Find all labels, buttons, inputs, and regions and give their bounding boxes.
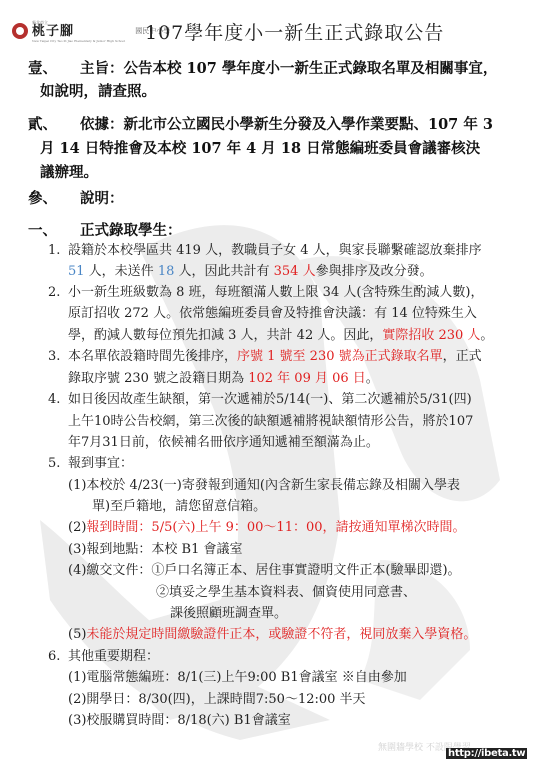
- disqualification-text: 未能於規定時間繳驗證件正本，或驗證不符者，視同放棄入學資格。: [86, 627, 476, 642]
- item-text: 設籍於本校學區共 419 人，教職員子女 4 人，與家長聯繫確認放棄排序: [68, 243, 482, 258]
- item-text: 報到事宜：: [68, 456, 133, 471]
- schedule-first-day: (2)開學日：8/30(四)，上課時間7:50～12:00 半天: [68, 689, 366, 711]
- schedule-uniform-purchase: (3)校服購買時間：8/18(六) B1會議室: [68, 710, 291, 732]
- participant-count: 354 人: [274, 264, 316, 279]
- list-item-1-cont: 51 人，未送件 18 人，因此共計有 354 人參與排序及改分發。: [68, 261, 433, 283]
- section-text: 正式錄取學生：: [80, 222, 182, 239]
- section-number: 貳、: [28, 116, 80, 134]
- unsubmitted-count: 18: [158, 264, 175, 279]
- required-documents-cont: 課後照顧班調查單。: [170, 603, 287, 625]
- required-documents: (4)繳交文件：①戶口名簿正本、居住事實證明文件正本(驗畢即還)。: [68, 560, 461, 582]
- section-purpose: 壹、主旨：公告本校 107 學年度小一新生正式錄取名單及相關事宜，: [28, 60, 497, 78]
- item-text: 小一新生班級數為 8 班，每班額滿人數上限 34 人(含特殊生酌減人數)，: [68, 285, 484, 300]
- disqualification-notice: (5)未能於規定時間繳驗證件正本，或驗證不符者，視同放棄入學資格。: [68, 624, 476, 646]
- list-item-4-cont: 上午10時公告校網，第三次後的缺額遞補將視缺額情形公告，將於107: [68, 411, 473, 433]
- item-text: 參與排序及改分發。: [316, 264, 433, 279]
- section-text: 主旨：公告本校 107 學年度小一新生正式錄取名單及相關事宜，: [80, 60, 497, 77]
- list-item-4: 4.如日後因故產生缺額，第一次遞補於5/14(一)、第二次遞補於5/31(四): [48, 389, 472, 411]
- section-basis-cont: 議辦理。: [40, 164, 98, 182]
- item-text: 學，酌減人數每位預先扣減 3 人，共計 42 人。因此，: [68, 328, 382, 343]
- item-number: 5.: [48, 453, 68, 475]
- item-text: (5): [68, 627, 86, 642]
- schedule-class-assignment: (1)電腦常態編班：8/1(三)上午9:00 B1會議室 ※自由參加: [68, 667, 407, 689]
- list-item-3-cont: 錄取序號 230 號之設籍日期為 102 年 09 月 06 日。: [68, 368, 379, 390]
- item-text: 其他重要期程：: [68, 649, 159, 664]
- registration-time-text: 報到時間：5/5(六)上午 9：00～11：00，請按通知單梯次時間。: [86, 520, 465, 535]
- list-item-2-cont: 原訂招收 272 人。依常態編班委員會及特推會決議：有 14 位特殊生入: [68, 303, 477, 325]
- actual-enrollment: 實際招收 230 人: [382, 328, 480, 343]
- registration-time: (2)報到時間：5/5(六)上午 9：00～11：00，請按通知單梯次時間。: [68, 517, 466, 539]
- item-text: 人，因此共計有: [174, 264, 273, 279]
- cutoff-date: 102 年 09 月 06 日: [248, 371, 366, 386]
- item-text: 。: [366, 371, 379, 386]
- section-purpose-cont: 如說明，請查照。: [40, 83, 156, 101]
- registration-location: (3)報到地點：本校 B1 會議室: [68, 539, 243, 561]
- section-explanation: 參、說明：: [28, 190, 124, 208]
- list-item-4-cont: 年7月31日前，依候補名冊依序通知遞補至額滿為止。: [68, 432, 379, 454]
- list-item-1: 1.設籍於本校學區共 419 人，教職員子女 4 人，與家長聯繫確認放棄排序: [48, 240, 482, 262]
- list-item-2: 2.小一新生班級數為 8 班，每班額滿人數上限 34 人(含特殊生酌減人數)，: [48, 282, 484, 304]
- list-item-5: 5.報到事宜：: [48, 453, 133, 475]
- announcement-document: 新北市立 桃子腳 New Taipei City Tao Zi Jiao Ele…: [0, 0, 543, 768]
- section-number: 一、: [28, 222, 80, 240]
- section-number: 參、: [28, 190, 80, 208]
- item-number: 6.: [48, 646, 68, 668]
- item-text: 如日後因故產生缺額，第一次遞補於5/14(一)、第二次遞補於5/31(四): [68, 392, 472, 407]
- page-title: 107學年度小一新生正式錄取公告: [145, 18, 444, 45]
- item-text: 。: [480, 328, 493, 343]
- list-item-6: 6.其他重要期程：: [48, 646, 159, 668]
- section-basis: 貳、依據：新北市公立國民小學新生分發及入學作業要點、107 年 3: [28, 116, 493, 134]
- source-url-tag: http://ibeta.tw: [446, 748, 527, 759]
- list-item-2-cont: 學，酌減人數每位預先扣減 3 人，共計 42 人。因此，實際招收 230 人。: [68, 325, 493, 347]
- registration-notice: (1)本校於 4/23(一)寄發報到通知(內含新生家長備忘錄及相關入學表: [68, 475, 460, 497]
- list-item-3: 3.本名單依設籍時間先後排序，序號 1 號至 230 號為正式錄取名單，正式: [48, 346, 482, 368]
- school-emblem-icon: [12, 23, 28, 39]
- item-text: 人，未送件: [85, 264, 158, 279]
- item-text: 錄取序號 230 號之設籍日期為: [68, 371, 248, 386]
- logo-school-name: 桃子腳: [32, 25, 125, 39]
- item-text: ，正式: [443, 349, 482, 364]
- abandoned-count: 51: [68, 264, 85, 279]
- required-documents-cont: ②填妥之學生基本資料表、個資使用同意書、: [156, 582, 416, 604]
- section-admitted-students: 一、正式錄取學生：: [28, 222, 182, 240]
- item-number: 4.: [48, 389, 68, 411]
- item-number: 2.: [48, 282, 68, 304]
- logo-english-name: New Taipei City Tao Zi Jiao Elementary &…: [32, 39, 125, 43]
- registration-notice-cont: 單)至戶籍地，請您留意信箱。: [92, 496, 266, 518]
- item-text: (2): [68, 520, 86, 535]
- item-text: 本名單依設籍時間先後排序，: [68, 349, 237, 364]
- item-number: 3.: [48, 346, 68, 368]
- item-number: 1.: [48, 240, 68, 262]
- section-basis-cont: 月 14 日特推會及本校 107 年 4 月 18 日常態編班委員會議審核決: [40, 140, 480, 158]
- admission-range: 序號 1 號至 230 號為正式錄取名單: [237, 349, 443, 364]
- section-number: 壹、: [28, 60, 80, 78]
- section-text: 說明：: [80, 190, 124, 207]
- section-text: 依據：新北市公立國民小學新生分發及入學作業要點、107 年 3: [80, 116, 493, 133]
